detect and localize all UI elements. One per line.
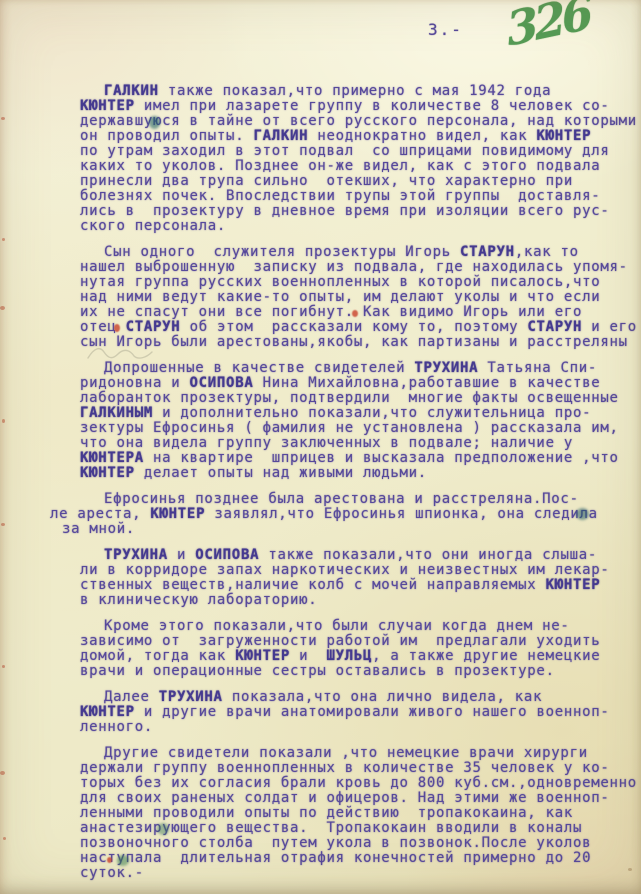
text-line: он проводил опыты. ГАЛКИН неоднократно в… (80, 129, 639, 144)
text-line: анастезирующего вещества. Тропакокаин вв… (80, 821, 639, 836)
text-line: ли в корридоре запах наркотических и неи… (80, 563, 639, 578)
paper-speck (2, 665, 5, 668)
text-line: ле ареста, КЮНТЕР заявлял,что Ефросинья … (50, 507, 639, 522)
text-line: над ними ведут какие-то опыты, им делают… (80, 290, 639, 305)
text-line: болезнях почек. Впоследствии трупы этой … (80, 189, 639, 204)
text-line: их не спасут они все погибнут. Как видим… (80, 305, 639, 320)
text-line: Допрошенные в качестве свидетелей ТРУХИН… (80, 361, 639, 376)
text-line: Сын одного служителя прозектуры Игорь СТ… (80, 245, 639, 260)
text-line: ского персонала. (80, 219, 639, 234)
paper-speck (0, 771, 5, 775)
text-line: ленного. (80, 720, 639, 735)
text-line: лись в прозектуру в дневное время при из… (80, 204, 639, 219)
paper-speck (1, 523, 5, 526)
text-line: нутая группа русских военнопленных в кот… (80, 275, 639, 290)
text-line: ленными проводили опыты по действию троп… (80, 806, 639, 821)
text-line: ТРУХИНА и ОСИПОВА также показали,что они… (80, 548, 639, 563)
paper-speck (2, 238, 5, 241)
text-line: в клиническую лабораторию. (80, 593, 639, 608)
paragraph: ТРУХИНА и ОСИПОВА также показали,что они… (80, 548, 639, 608)
text-line: позвоночного столба путем укола в позвон… (80, 836, 639, 851)
text-line: за мной. (62, 522, 639, 537)
paragraph: Допрошенные в качестве свидетелей ТРУХИН… (80, 361, 639, 481)
text-line: суток.- (80, 866, 639, 881)
text-line: сын Игорь были арестованы,якобы, как пар… (80, 335, 639, 350)
text-line: нашел выброшенную записку из подвала, гд… (80, 260, 639, 275)
typed-page-number: 3.- (428, 20, 463, 39)
text-line: КЮНТЕР делает опыты над живыми людьми. (80, 466, 639, 481)
text-line: Кроме этого показали,что были случаи ког… (80, 619, 639, 634)
text-line: ственных веществ,наличие колб с мочей на… (80, 578, 639, 593)
text-line: отец СТАРУН об этом рассказали кому то, … (80, 320, 639, 335)
text-line: торых без их согласия брали кровь до 800… (80, 776, 639, 791)
handwritten-page-number: 326 (504, 0, 592, 57)
text-line: домой, тогда как КЮНТЕР и ШУЛЬЦ, а также… (80, 649, 639, 664)
text-line: наступала длительная отрафия конечностей… (80, 851, 639, 866)
text-line: Другие свидетели показали ,что немецкие … (80, 746, 639, 761)
text-line: КЮНТЕР имел при лазарете группу в количе… (80, 99, 639, 114)
text-line: что она видела группу заключенных в подв… (80, 436, 639, 451)
text-line: КЮНТЕР и другие врачи анатомировали живо… (80, 705, 639, 720)
text-line: зависимо от загруженности работой им пре… (80, 634, 639, 649)
document-paragraphs: ГАЛКИН также показал,что примерно с мая … (80, 84, 639, 892)
text-line: лаборанток прозектуры, подтвердили многи… (80, 391, 639, 406)
text-line: держали группу военнопленных в количеств… (80, 761, 639, 776)
text-line: по утрам заходил в этот подвал со шприца… (80, 144, 639, 159)
paragraph: Кроме этого показали,что были случаи ког… (80, 619, 639, 679)
paper-speck (3, 837, 6, 840)
text-line: Далее ТРУХИНА показала,что она лично вид… (80, 690, 639, 705)
text-line: для своих раненых солдат и офицеров. Над… (80, 791, 639, 806)
paper-speck (1, 117, 5, 120)
text-line: врачи и операционные сестры оставались в… (80, 664, 639, 679)
paragraph: Другие свидетели показали ,что немецкие … (80, 746, 639, 881)
text-line: ГАЛКИН также показал,что примерно с мая … (80, 84, 639, 99)
paragraph: Сын одного служителя прозектуры Игорь СТ… (80, 245, 639, 350)
text-line: каких то уколов. Позднее он-же видел, ка… (80, 159, 639, 174)
text-line: КЮНТЕРА на квартире шприцев и высказала … (80, 451, 639, 466)
text-line: Ефросинья позднее была арестована и расс… (80, 492, 639, 507)
text-line: зектуры Ефросинья ( фамилия не установле… (80, 421, 639, 436)
paper-speck (2, 419, 5, 423)
paragraph: ГАЛКИН также показал,что примерно с мая … (80, 84, 639, 234)
document-page: 3.- 326 ГАЛКИН также показал,что примерн… (0, 0, 641, 894)
paragraph: Ефросинья позднее была арестована и расс… (80, 492, 639, 537)
paper-speck (0, 306, 5, 310)
text-line: принесли два трупа сильно отекших, что х… (80, 174, 639, 189)
text-line: ридоновна и ОСИПОВА Нина Михайловна,рабо… (80, 376, 639, 391)
text-line: ГАЛКИНЫМ и дополнительно показали,что сл… (80, 406, 639, 421)
paragraph: Далее ТРУХИНА показала,что она лично вид… (80, 690, 639, 735)
text-line: державшуюся в тайне от всего русского пе… (80, 114, 639, 129)
